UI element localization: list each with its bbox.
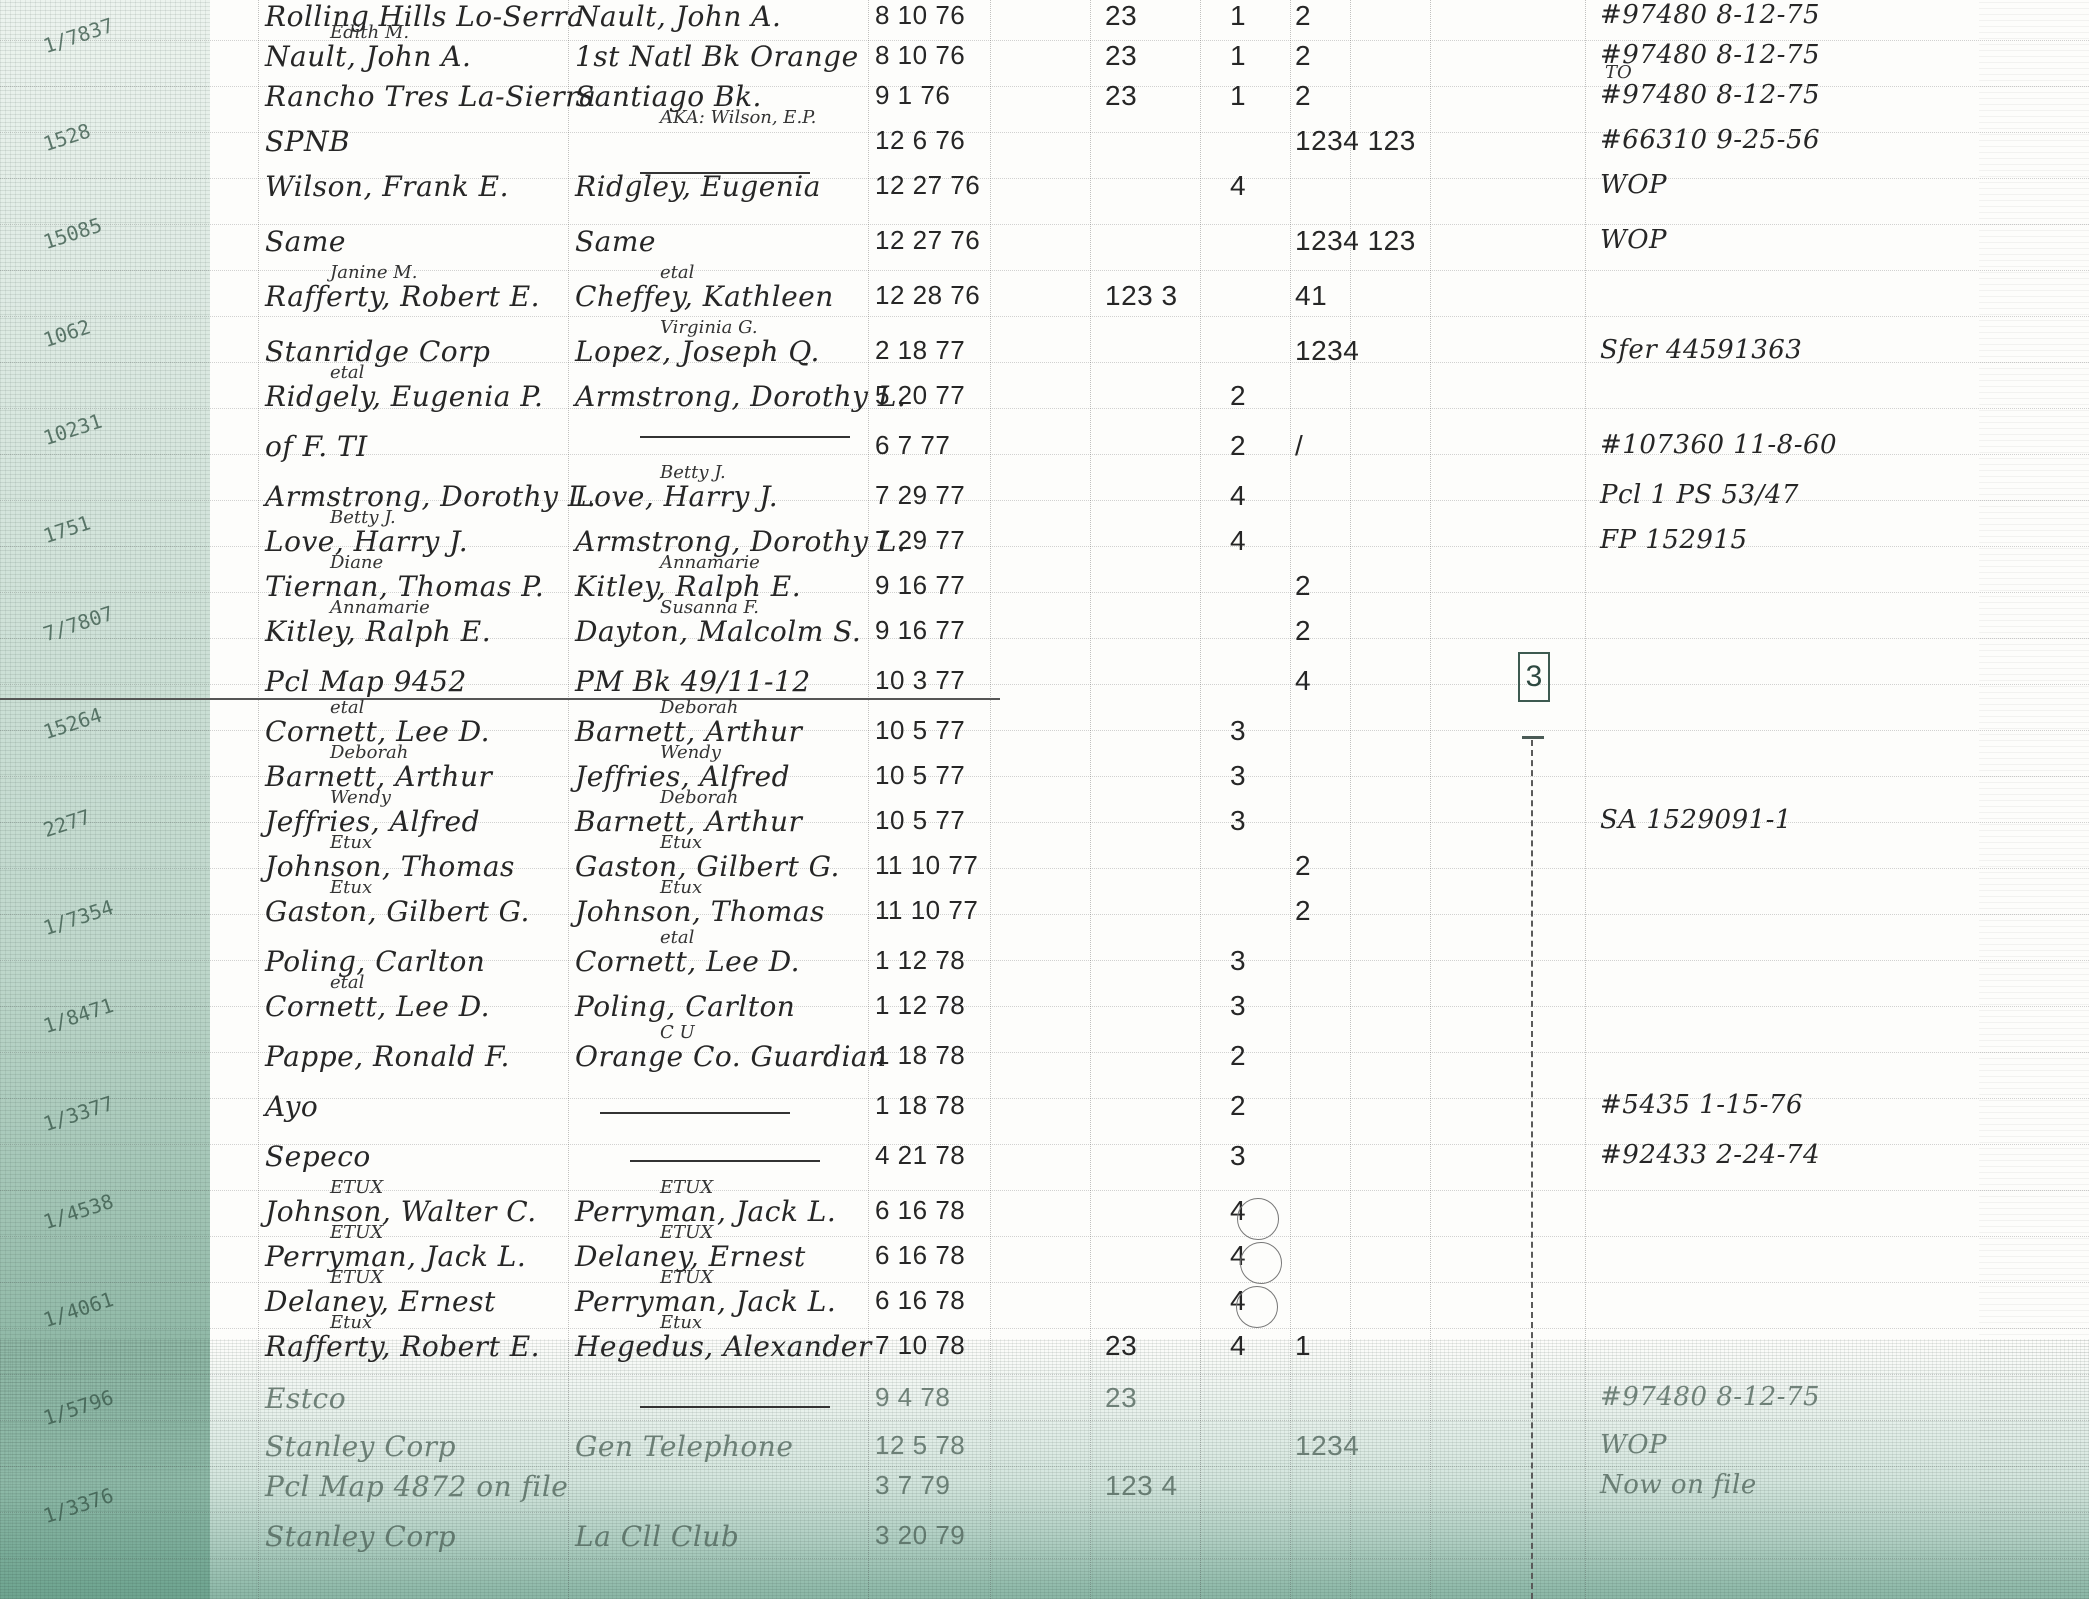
ledger-row: Wilson, Frank E.Ridgley, Eugenia12 27 76… <box>0 170 2089 210</box>
cell-date: 4 21 78 <box>875 1140 985 1171</box>
cell-grantor: Stanridge Corp <box>265 335 565 368</box>
cell-c2: 4 <box>1230 480 1310 512</box>
cell-grantee: 1st Natl Bk Orange <box>575 40 875 73</box>
ledger-row: Delaney, ErnestPerryman, Jack L.6 16 784… <box>0 1285 2089 1325</box>
annotation-grantee-sup: Virginia G. <box>660 317 758 338</box>
ledger-row: Love, Harry J.Armstrong, Dorothy L.7 29 … <box>0 525 2089 565</box>
cell-c3: / <box>1295 430 1525 462</box>
cell-grantee: Poling, Carlton <box>575 990 875 1023</box>
cell-ref: #97480 8-12-75 <box>1600 80 1940 110</box>
cell-c3: 41 <box>1295 280 1525 312</box>
cell-c2: 2 <box>1230 1090 1310 1122</box>
cell-c2: 3 <box>1230 760 1310 792</box>
cell-ref: Pcl 1 PS 53/47 <box>1600 480 1940 510</box>
annotation-grantee-sup: Etux <box>660 1312 702 1333</box>
annotation-grantor-sup: Etux <box>330 832 372 853</box>
grid-line <box>0 1328 2089 1329</box>
ledger-row: Tiernan, Thomas P.Kitley, Ralph E.9 16 7… <box>0 570 2089 610</box>
annotation-grantor-sup: Etux <box>330 1312 372 1333</box>
cell-grantor: Estco <box>265 1382 565 1415</box>
cell-grantor: Rolling Hills Lo-Serra <box>265 0 565 33</box>
cell-grantor: Wilson, Frank E. <box>265 170 565 203</box>
cell-grantee: Dayton, Malcolm S. <box>575 615 875 648</box>
cell-c2: 3 <box>1230 1140 1310 1172</box>
cell-grantor: Ridgely, Eugenia P. <box>265 380 565 413</box>
cell-c3: 4 <box>1295 665 1525 697</box>
cell-date: 6 16 78 <box>875 1240 985 1271</box>
cell-date: 3 20 79 <box>875 1520 985 1551</box>
cell-grantee: Barnett, Arthur <box>575 715 875 748</box>
ledger-row: Rancho Tres La-SierraSantiago Bk.9 1 762… <box>0 80 2089 120</box>
cell-date: 1 18 78 <box>875 1040 985 1071</box>
cell-c2: 4 <box>1230 525 1310 557</box>
cell-date: 9 1 76 <box>875 80 985 111</box>
annotation-grantee-sup: etal <box>660 927 694 948</box>
cell-c2: 3 <box>1230 805 1310 837</box>
annotation-grantee-sup: Deborah <box>660 697 738 718</box>
cell-date: 12 5 78 <box>875 1430 985 1461</box>
cell-grantor: Pcl Map 4872 on file <box>265 1470 565 1503</box>
ledger-row: Johnson, ThomasGaston, Gilbert G.11 10 7… <box>0 850 2089 890</box>
ledger-row: Nault, John A.1st Natl Bk Orange8 10 762… <box>0 40 2089 80</box>
grid-line <box>0 1374 2089 1375</box>
cell-date: 10 3 77 <box>875 665 985 696</box>
cell-grantor: Ayo <box>265 1090 565 1123</box>
cell-grantee: Cheffey, Kathleen <box>575 280 875 313</box>
cell-c3: 2 <box>1295 0 1525 32</box>
annotation-grantee-sup: ETUX <box>660 1177 713 1198</box>
cell-ref: #5435 1-15-76 <box>1600 1090 1940 1120</box>
cell-c2: 2 <box>1230 380 1310 412</box>
cell-grantor: Nault, John A. <box>265 40 565 73</box>
ledger-row: Pcl Map 4872 on file3 7 79123 4Now on fi… <box>0 1470 2089 1510</box>
cell-date: 11 10 77 <box>875 850 985 881</box>
cell-date: 7 29 77 <box>875 525 985 556</box>
cell-ref: #97480 8-12-75 <box>1600 1382 1940 1412</box>
cell-c3: 2 <box>1295 895 1525 927</box>
cell-date: 10 5 77 <box>875 715 985 746</box>
ledger-row: SPNB12 6 761234 123#66310 9-25-56AKA: Wi… <box>0 125 2089 165</box>
annotation-grantee-sup: Etux <box>660 877 702 898</box>
grid-line <box>0 1512 2089 1513</box>
grid-line <box>0 1282 2089 1283</box>
cell-ref: WOP <box>1600 1430 1940 1460</box>
cell-date: 8 10 76 <box>875 40 985 71</box>
annotation-grantor-sup: etal <box>330 697 364 718</box>
annotation-grantor-sup: Etux <box>330 877 372 898</box>
underline-stroke <box>640 1406 830 1408</box>
cell-date: 12 27 76 <box>875 170 985 201</box>
circled-mark <box>1237 1198 1279 1240</box>
cell-grantor: Stanley Corp <box>265 1430 565 1463</box>
ledger-row: Ayo1 18 782#5435 1-15-76 <box>0 1090 2089 1130</box>
cell-c3: 1234 <box>1295 335 1525 367</box>
cell-c3: 2 <box>1295 615 1525 647</box>
cell-grantee: Gaston, Gilbert G. <box>575 850 875 883</box>
annotation-grantee-sup: Deborah <box>660 787 738 808</box>
cell-c3: 1234 123 <box>1295 125 1525 157</box>
cell-ref: WOP <box>1600 225 1940 255</box>
cell-grantee: Delaney, Ernest <box>575 1240 875 1273</box>
annotation-grantee-sup: Susanna F. <box>660 597 759 618</box>
annotation-grantee-sup: Betty J. <box>660 462 726 483</box>
cell-grantee: La Cll Club <box>575 1520 875 1553</box>
annotation-grantor-sup: Betty J. <box>330 507 396 528</box>
ledger-page: 1/783715281508510621023117517/7807152642… <box>0 0 2089 1599</box>
cell-grantor: Rafferty, Robert E. <box>265 1330 565 1363</box>
annotation-grantee-sup: Annamarie <box>660 552 760 573</box>
cell-ref: #92433 2-24-74 <box>1600 1140 1940 1170</box>
cell-grantor: Delaney, Ernest <box>265 1285 565 1318</box>
cell-grantor: Stanley Corp <box>265 1520 565 1553</box>
cell-grantor: Sepeco <box>265 1140 565 1173</box>
cell-date: 3 7 79 <box>875 1470 985 1501</box>
annotation-grantee-sup: ETUX <box>660 1222 713 1243</box>
cell-grantor: Jeffries, Alfred <box>265 805 565 838</box>
ledger-row: Rafferty, Robert E.Hegedus, Alexander7 1… <box>0 1330 2089 1370</box>
bracket-line <box>1531 740 1533 1599</box>
annotation-grantor-sup: etal <box>330 362 364 383</box>
cell-grantor: Same <box>265 225 565 258</box>
cell-grantee: Same <box>575 225 875 258</box>
cell-date: 2 18 77 <box>875 335 985 366</box>
annotation-grantor-sup: Diane <box>330 552 383 573</box>
annotation-grantor-sup: etal <box>330 972 364 993</box>
cell-c3: 1234 <box>1295 1430 1525 1462</box>
cell-ref: #107360 11-8-60 <box>1600 430 1940 460</box>
cell-ref: #97480 8-12-75 <box>1600 0 1940 30</box>
cell-grantor: Love, Harry J. <box>265 525 565 558</box>
annotation-grantor-sup: Edith M. <box>330 22 409 43</box>
annotation-grantee-sup: AKA: Wilson, E.P. <box>660 107 816 128</box>
underline-stroke <box>630 1160 820 1162</box>
ledger-row: Stanley CorpGen Telephone12 5 781234WOP <box>0 1430 2089 1470</box>
cell-c2: 4 <box>1230 170 1310 202</box>
cell-grantee: PM Bk 49/11-12 <box>575 665 875 698</box>
cell-grantor: Armstrong, Dorothy L. <box>265 480 565 513</box>
bracket-tick <box>1522 736 1544 739</box>
cell-c2: 3 <box>1230 945 1310 977</box>
cell-grantor: Barnett, Arthur <box>265 760 565 793</box>
cell-ref: #66310 9-25-56 <box>1600 125 1940 155</box>
cell-c1: 23 <box>1105 0 1225 32</box>
cell-ref: #97480 8-12-75 <box>1600 40 1940 70</box>
annotation-grantor-sup: ETUX <box>330 1267 383 1288</box>
annotation-grantee-sup: etal <box>660 262 694 283</box>
grid-line <box>0 1236 2089 1237</box>
ledger-row: Estco9 4 7823#97480 8-12-75 <box>0 1382 2089 1422</box>
cell-grantee: Ridgley, Eugenia <box>575 170 875 203</box>
cell-c3: 1 <box>1295 1330 1525 1362</box>
ledger-row: Gaston, Gilbert G.Johnson, Thomas11 10 7… <box>0 895 2089 935</box>
ledger-row: Poling, CarltonCornett, Lee D.1 12 783et… <box>0 945 2089 985</box>
ledger-row: Cornett, Lee D.Poling, Carlton1 12 783et… <box>0 990 2089 1030</box>
cell-date: 7 29 77 <box>875 480 985 511</box>
cell-c2: 3 <box>1230 990 1310 1022</box>
ledger-row: Kitley, Ralph E.Dayton, Malcolm S.9 16 7… <box>0 615 2089 655</box>
annotation-grantor-sup: ETUX <box>330 1177 383 1198</box>
ledger-row: Jeffries, AlfredBarnett, Arthur10 5 773S… <box>0 805 2089 845</box>
underline-stroke <box>600 1112 790 1114</box>
cell-c2: 2 <box>1230 1040 1310 1072</box>
cell-grantee: Nault, John A. <box>575 0 875 33</box>
cell-date: 5 20 77 <box>875 380 985 411</box>
cell-grantor: Rancho Tres La-Sierra <box>265 80 565 113</box>
cell-date: 1 12 78 <box>875 990 985 1021</box>
ledger-row: Stanridge CorpLopez, Joseph Q.2 18 77123… <box>0 335 2089 375</box>
cell-grantee: Hegedus, Alexander <box>575 1330 875 1363</box>
cell-grantor: Cornett, Lee D. <box>265 715 565 748</box>
cell-date: 12 28 76 <box>875 280 985 311</box>
ledger-row: Rafferty, Robert E.Cheffey, Kathleen12 2… <box>0 280 2089 320</box>
circled-mark <box>1236 1286 1278 1328</box>
annotation-grantor-sup: Annamarie <box>330 597 430 618</box>
cell-grantor: Pcl Map 9452 <box>265 665 565 698</box>
ledger-row: Cornett, Lee D.Barnett, Arthur10 5 773et… <box>0 715 2089 755</box>
cell-grantor: Perryman, Jack L. <box>265 1240 565 1273</box>
cell-c3: 2 <box>1295 570 1525 602</box>
underline-stroke <box>640 436 850 438</box>
cell-grantor: Johnson, Thomas <box>265 850 565 883</box>
ledger-row: Pcl Map 9452PM Bk 49/11-1210 3 774 <box>0 665 2089 705</box>
cell-ref: Sfer 44591363 <box>1600 335 1940 365</box>
cell-date: 9 4 78 <box>875 1382 985 1413</box>
ledger-row: Armstrong, Dorothy L.Love, Harry J.7 29 … <box>0 480 2089 520</box>
cell-grantor: Gaston, Gilbert G. <box>265 895 565 928</box>
cell-grantee: Gen Telephone <box>575 1430 875 1463</box>
cell-grantee: Johnson, Thomas <box>575 895 875 928</box>
cell-date: 9 16 77 <box>875 615 985 646</box>
cell-date: 7 10 78 <box>875 1330 985 1361</box>
ledger-row: Johnson, Walter C.Perryman, Jack L.6 16 … <box>0 1195 2089 1235</box>
cell-date: 1 18 78 <box>875 1090 985 1121</box>
cell-c1: 123 3 <box>1105 280 1225 312</box>
cell-date: 10 5 77 <box>875 760 985 791</box>
cell-c1: 23 <box>1105 1382 1225 1414</box>
cell-grantor: Rafferty, Robert E. <box>265 280 565 313</box>
circled-mark <box>1240 1242 1282 1284</box>
annotation-grantee-sup: Wendy <box>660 742 721 763</box>
ledger-row: Perryman, Jack L.Delaney, Ernest6 16 784… <box>0 1240 2089 1280</box>
annotation-grantee-sup: ETUX <box>660 1267 713 1288</box>
cell-c1: 23 <box>1105 40 1225 72</box>
ledger-row: Pappe, Ronald F.Orange Co. Guardian1 18 … <box>0 1040 2089 1080</box>
cell-c3: 1234 123 <box>1295 225 1525 257</box>
cell-c1: 123 4 <box>1105 1470 1225 1502</box>
ledger-row: Sepeco4 21 783#92433 2-24-74 <box>0 1140 2089 1180</box>
cell-date: 6 7 77 <box>875 430 985 461</box>
cell-date: 6 16 78 <box>875 1195 985 1226</box>
cell-grantor: Pappe, Ronald F. <box>265 1040 565 1073</box>
cell-grantee: Lopez, Joseph Q. <box>575 335 875 368</box>
cell-grantor: SPNB <box>265 125 565 158</box>
cell-date: 9 16 77 <box>875 570 985 601</box>
underline-stroke <box>640 172 810 174</box>
annotation-grantor-sup: Janine M. <box>330 262 417 283</box>
cell-c2: 3 <box>1230 715 1310 747</box>
annotation-grantor-sup: ETUX <box>330 1222 383 1243</box>
ledger-row: Ridgely, Eugenia P.Armstrong, Dorothy L.… <box>0 380 2089 420</box>
cell-grantee: Cornett, Lee D. <box>575 945 875 978</box>
grid-line <box>0 270 2089 271</box>
cell-grantor: of F. TI <box>265 430 565 463</box>
annotation-grantee-sup: C U <box>660 1022 695 1043</box>
annotation-grantee-sup: Co <box>660 0 685 3</box>
cell-ref: WOP <box>1600 170 1940 200</box>
ledger-row: of F. TI6 7 772/#107360 11-8-60 <box>0 430 2089 470</box>
cell-date: 10 5 77 <box>875 805 985 836</box>
cell-grantee: Love, Harry J. <box>575 480 875 513</box>
cell-grantor: Poling, Carlton <box>265 945 565 978</box>
cell-date: 6 16 78 <box>875 1285 985 1316</box>
grid-line <box>0 1190 2089 1191</box>
annotation-grantor-sup: Wendy <box>330 787 391 808</box>
cell-ref: FP 152915 <box>1600 525 1940 555</box>
cell-date: 1 12 78 <box>875 945 985 976</box>
cell-ref: SA 1529091-1 <box>1600 805 1940 835</box>
cell-c3: 2 <box>1295 80 1525 112</box>
cell-grantor: Johnson, Walter C. <box>265 1195 565 1228</box>
annotation-grantor-sup: Deborah <box>330 742 408 763</box>
boxed-number: 3 <box>1518 652 1550 702</box>
ledger-row: Barnett, ArthurJeffries, Alfred10 5 773D… <box>0 760 2089 800</box>
cell-c1: 23 <box>1105 80 1225 112</box>
ledger-row: SameSame12 27 761234 123WOP <box>0 225 2089 265</box>
annotation-ref-sup: TO <box>1605 62 1632 83</box>
cell-ref: Now on file <box>1600 1470 1940 1500</box>
cell-grantor: Cornett, Lee D. <box>265 990 565 1023</box>
cell-c1: 23 <box>1105 1330 1225 1362</box>
cell-grantee: Orange Co. Guardian <box>575 1040 875 1073</box>
cell-date: 11 10 77 <box>875 895 985 926</box>
cell-grantee: Perryman, Jack L. <box>575 1285 875 1318</box>
annotation-grantee-sup: Etux <box>660 832 702 853</box>
cell-c3: 2 <box>1295 40 1525 72</box>
ledger-row: Rolling Hills Lo-SerraNault, John A.8 10… <box>0 0 2089 40</box>
cell-date: 12 27 76 <box>875 225 985 256</box>
cell-c3: 2 <box>1295 850 1525 882</box>
cell-date: 12 6 76 <box>875 125 985 156</box>
ledger-row: Stanley CorpLa Cll Club3 20 79 <box>0 1520 2089 1560</box>
cell-grantee: Perryman, Jack L. <box>575 1195 875 1228</box>
cell-grantor: Kitley, Ralph E. <box>265 615 565 648</box>
cell-date: 8 10 76 <box>875 0 985 31</box>
cell-grantee: Barnett, Arthur <box>575 805 875 838</box>
cell-grantee: Armstrong, Dorothy L. <box>575 380 875 413</box>
